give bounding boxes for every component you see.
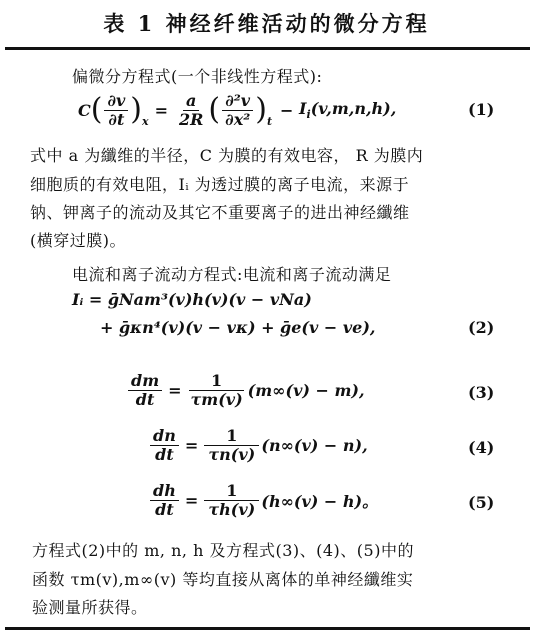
equation-2-line-2: + ḡκn⁴(v)(v − vκ) + ḡe(v − ve), bbox=[100, 318, 375, 337]
current-heading: 电流和离子流动方程式:电流和离子流动满足 bbox=[72, 262, 391, 285]
table-title: 表 1 神经纤维活动的微分方程 bbox=[0, 8, 533, 38]
equation-4: dndt = 1τn(v) (n∞(v) − n), bbox=[148, 427, 368, 464]
description-line-4: (横穿过膜)。 bbox=[30, 228, 126, 251]
equation-1-number: (1) bbox=[468, 100, 494, 119]
footer-line-1: 方程式(2)中的 m, n, h 及方程式(3)、(4)、(5)中的 bbox=[32, 538, 414, 561]
description-line-2: 细胞质的有效电阻，Iᵢ 为透过膜的离子电流，来源于 bbox=[30, 172, 409, 195]
equation-3-number: (3) bbox=[468, 383, 494, 402]
equation-3: dmdt = 1τm(v) (m∞(v) − m), bbox=[126, 372, 365, 409]
footer-line-2: 函数 τm(v),m∞(v) 等均直接从离体的单神经纖维实 bbox=[32, 567, 413, 590]
equation-1: C( ∂v∂t )x = a2R ( ∂²v∂x² )t − Ii(v,m,n,… bbox=[78, 88, 396, 132]
description-line-3: 钠、钾离子的流动及其它不重要离子的进出神经纖维 bbox=[30, 200, 410, 223]
top-rule bbox=[5, 47, 530, 50]
equation-2-number: (2) bbox=[468, 318, 494, 337]
equation-4-number: (4) bbox=[468, 438, 494, 457]
equation-5: dhdt = 1τh(v) (h∞(v) − h)。 bbox=[148, 482, 378, 519]
equation-5-number: (5) bbox=[468, 493, 494, 512]
description-line-1: 式中 a 为纖维的半径，C 为膜的有效电容， R 为膜内 bbox=[30, 143, 423, 166]
footer-line-3: 验测量所获得。 bbox=[32, 595, 148, 618]
pde-heading: 偏微分方程式(一个非线性方程式): bbox=[72, 64, 322, 87]
bottom-rule bbox=[5, 627, 530, 630]
equation-2-line-1: Iᵢ = ḡNam³(v)h(v)(v − vNa) bbox=[72, 290, 312, 309]
